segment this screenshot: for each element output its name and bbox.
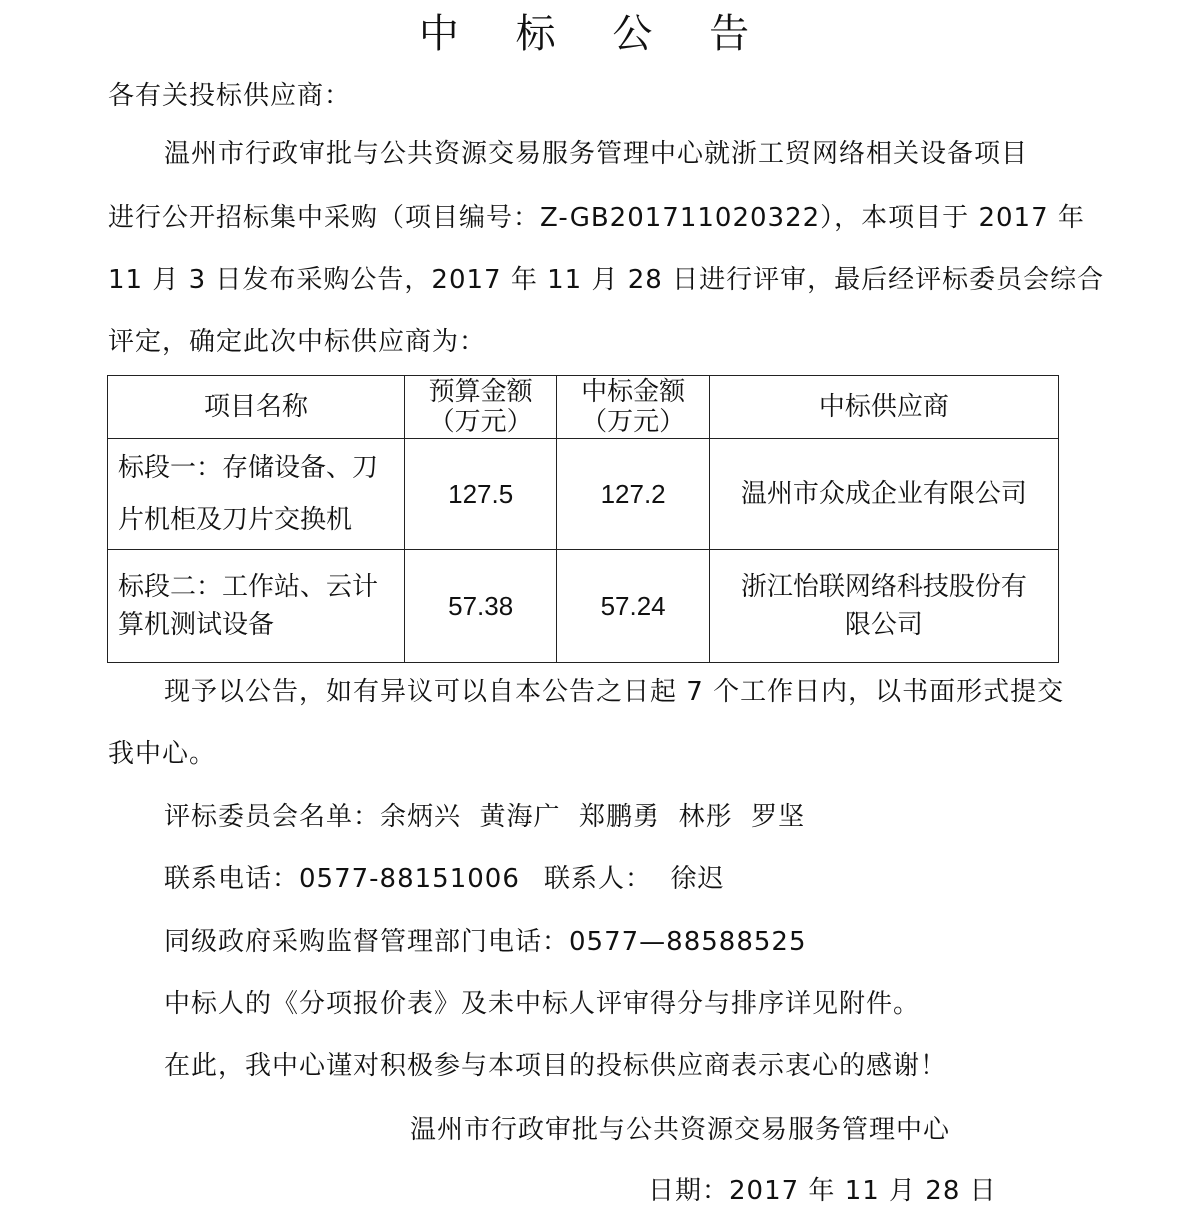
intro-line-3: 11 月 3 日发布采购公告，2017 年 11 月 28 日进行评审，最后经评… bbox=[108, 264, 1104, 296]
budget-cell: 127.5 bbox=[404, 439, 556, 550]
header-supplier: 中标供应商 bbox=[709, 376, 1058, 439]
document-title: 中 标 公 告 bbox=[0, 10, 1190, 58]
notice-line-1: 现予以公告，如有异议可以自本公告之日起 7 个工作日内，以书面形式提交 bbox=[164, 676, 1064, 708]
header-budget: 预算金额 （万元） bbox=[404, 376, 556, 439]
committee-list: 评标委员会名单：余炳兴 黄海广 郑鹏勇 林彤 罗坚 bbox=[164, 801, 805, 833]
supplier-cell: 浙江怡联网络科技股份有 限公司 bbox=[709, 550, 1058, 663]
intro-line-4: 评定，确定此次中标供应商为： bbox=[108, 326, 486, 358]
contact-person: 联系人： 徐迟 bbox=[544, 863, 725, 895]
project-name-cell: 标段二：工作站、云计 算机测试设备 bbox=[108, 550, 405, 663]
header-project-name: 项目名称 bbox=[108, 376, 405, 439]
contact-phone: 联系电话：0577-88151006 bbox=[164, 863, 520, 895]
attachment-note: 中标人的《分项报价表》及未中标人评审得分与排序详见附件。 bbox=[164, 988, 920, 1020]
intro-line-2: 进行公开招标集中采购（项目编号：Z-GB201711020322），本项目于 2… bbox=[108, 202, 1085, 234]
supervision-phone: 同级政府采购监督管理部门电话：0577—88588525 bbox=[164, 926, 807, 958]
intro-line-1: 温州市行政审批与公共资源交易服务管理中心就浙工贸网络相关设备项目 bbox=[164, 138, 1028, 170]
table-row: 标段一：存储设备、刀 片机柜及刀片交换机 127.5 127.2 温州市众成企业… bbox=[108, 439, 1059, 550]
budget-cell: 57.38 bbox=[404, 550, 556, 663]
salutation: 各有关投标供应商： bbox=[108, 80, 351, 112]
date: 日期：2017 年 11 月 28 日 bbox=[648, 1175, 997, 1207]
bid-results-table: 项目名称 预算金额 （万元） 中标金额 （万元） 中标供应商 标段一：存储设备、… bbox=[107, 375, 1059, 663]
signature: 温州市行政审批与公共资源交易服务管理中心 bbox=[410, 1114, 950, 1146]
table-header-row: 项目名称 预算金额 （万元） 中标金额 （万元） 中标供应商 bbox=[108, 376, 1059, 439]
supplier-cell: 温州市众成企业有限公司 bbox=[709, 439, 1058, 550]
thanks-note: 在此，我中心谨对积极参与本项目的投标供应商表示衷心的感谢！ bbox=[164, 1050, 947, 1082]
bid-amount-cell: 57.24 bbox=[557, 550, 709, 663]
notice-line-2: 我中心。 bbox=[108, 738, 216, 770]
bid-amount-cell: 127.2 bbox=[557, 439, 709, 550]
header-bid-amount: 中标金额 （万元） bbox=[557, 376, 709, 439]
table-row: 标段二：工作站、云计 算机测试设备 57.38 57.24 浙江怡联网络科技股份… bbox=[108, 550, 1059, 663]
project-name-cell: 标段一：存储设备、刀 片机柜及刀片交换机 bbox=[108, 439, 405, 550]
